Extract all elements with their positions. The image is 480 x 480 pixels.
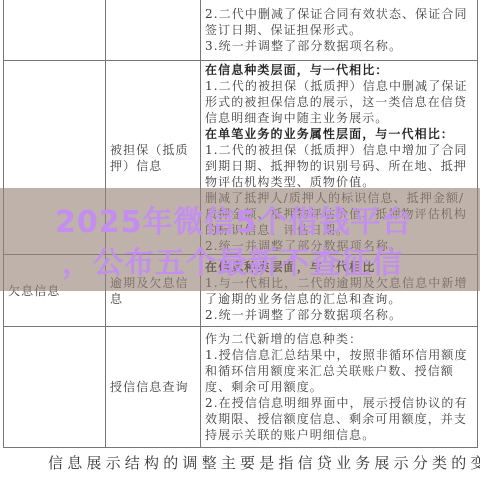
description-line: 1.授信信息汇总结果中，按照非循环信用额度 — [205, 347, 473, 363]
body-paragraph: 信息展示结构的调整主要是指信贷业务展示分类的变 — [48, 452, 480, 473]
watermark-line-2: ，公布五个最新不查征信 — [62, 248, 403, 280]
description-line: 1.二代的被担保（抵质押）信息中删减了保证 — [205, 78, 473, 94]
description-line: 2.二代中删减了保证合同有效状态、保证合同 — [205, 6, 473, 22]
description-line: 持展示关联的账户明细信息。 — [205, 427, 473, 443]
table-row: 授信信息查询作为二代新增的信息种类：1.授信信息汇总结果中，按照非循环信用额度和… — [4, 327, 478, 448]
description-line: 和循环信用额度来汇总关联账户数、授信额 — [205, 363, 473, 379]
watermark-banner[interactable]: 2025年微信5个借钱平台 ，公布五个最新不查征信 — [0, 188, 480, 291]
cell-info-type — [106, 0, 201, 61]
description-line: 信息明细查询中随主业务展示。 — [205, 110, 473, 126]
cell-category — [4, 327, 106, 448]
table-row: 2.二代中删减了保证合同有效状态、保证合同签订日期、保证担保形式。3.统一并调整… — [4, 0, 478, 61]
description-line: 签订日期、保证担保形式。 — [205, 22, 473, 38]
description-line: 效期限、授信额度信息、剩余可用额度，并支 — [205, 411, 473, 427]
description-line: 2.统一并调整了部分数据项名称。 — [205, 307, 473, 323]
description-line: 3.统一并调整了部分数据项名称。 — [205, 38, 473, 54]
watermark-line-1: 2025年微信5个借钱平台 — [55, 207, 412, 239]
description-line: 形式的被担保信息的展示，这一类信息在信贷 — [205, 94, 473, 110]
cell-category — [4, 0, 106, 61]
description-line: 到期日期、抵押物的识别号码、所在地、抵押 — [205, 158, 473, 174]
description-line: 2.在授信信息明细界面中，展示授信协议的有 — [205, 395, 473, 411]
description-line: 度、剩余可用额度。 — [205, 379, 473, 395]
description-heading: 在单笔业务的业务属性层面，与一代相比： — [205, 126, 473, 142]
description-line: 作为二代新增的信息种类： — [205, 331, 473, 347]
description-line: 了逾期的业务信息的汇总和查询。 — [205, 291, 473, 307]
cell-description: 2.二代中删减了保证合同有效状态、保证合同签订日期、保证担保形式。3.统一并调整… — [201, 0, 478, 61]
cell-info-type: 授信信息查询 — [106, 327, 201, 448]
description-line: 1.二代的被担保（抵质押）信息中增加了合同 — [205, 142, 473, 158]
cell-description: 作为二代新增的信息种类：1.授信信息汇总结果中，按照非循环信用额度和循环信用额度… — [201, 327, 478, 448]
description-heading: 在信息种类层面，与一代相比： — [205, 62, 473, 78]
